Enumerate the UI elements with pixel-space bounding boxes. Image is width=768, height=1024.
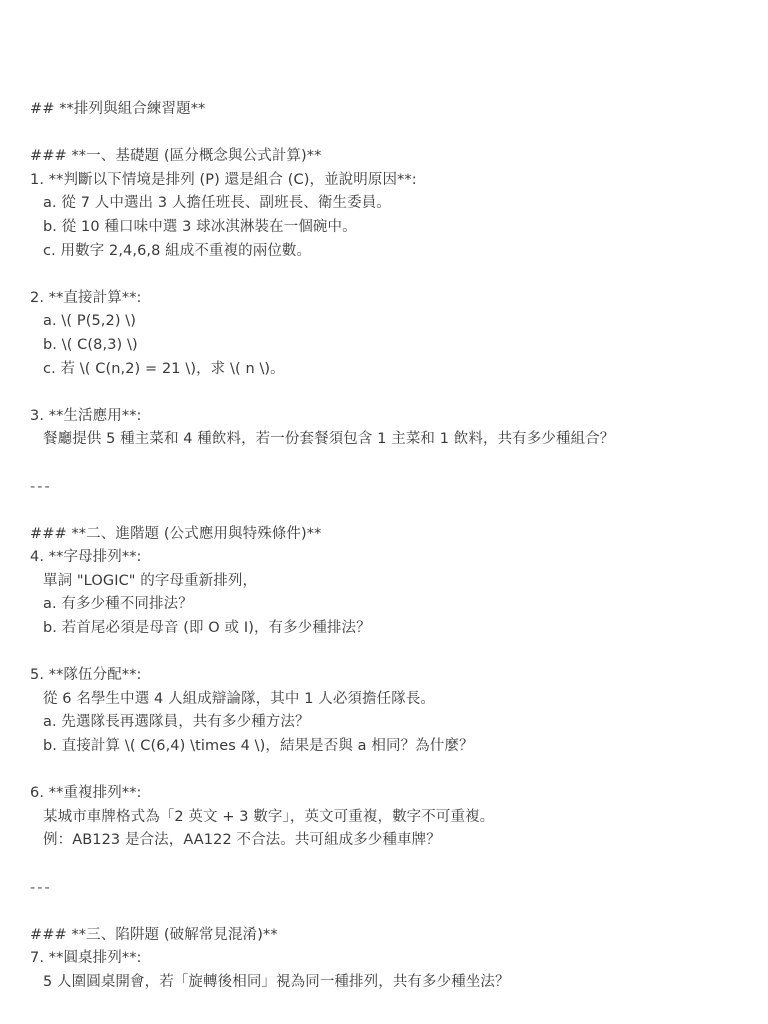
- section-heading-basic: ### **一、基礎題 (區分概念與公式計算)**: [30, 145, 750, 169]
- question-4-item-b: b. 若首尾必須是母音 (即 O 或 I)，有多少種排法？: [30, 617, 750, 641]
- question-6-example: 例：AB123 是合法，AA122 不合法。共可組成多少種車牌？: [30, 829, 750, 853]
- document-title: ## **排列與組合練習題**: [30, 98, 750, 122]
- question-2-item-a: a. \( P(5,2) \): [30, 310, 750, 334]
- question-6-title: 6. **重複排列**:: [30, 782, 750, 806]
- question-3-body: 餐廳提供 5 種主菜和 4 種飲料，若一份套餐須包含 1 主菜和 1 飲料，共有…: [30, 428, 750, 452]
- section-heading-trap: ### **三、陷阱題 (破解常見混淆)**: [30, 924, 750, 948]
- question-1-item-a: a. 從 7 人中選出 3 人擔任班長、副班長、衛生委員。: [30, 192, 750, 216]
- question-2-title: 2. **直接計算**:: [30, 287, 750, 311]
- question-1-item-c: c. 用數字 2,4,6,8 組成不重複的兩位數。: [30, 240, 750, 264]
- question-2-item-c: c. 若 \( C(n,2) = 21 \)，求 \( n \)。: [30, 358, 750, 382]
- question-1-title: 1. **判斷以下情境是排列 (P) 還是組合 (C)，並說明原因**:: [30, 169, 750, 193]
- question-2-item-b: b. \( C(8,3) \): [30, 334, 750, 358]
- question-7-title: 7. **圓桌排列**:: [30, 947, 750, 971]
- question-5-intro: 從 6 名學生中選 4 人組成辯論隊，其中 1 人必須擔任隊長。: [30, 688, 750, 712]
- question-6-intro: 某城市車牌格式為「2 英文 + 3 數字」，英文可重複，數字不可重複。: [30, 806, 750, 830]
- question-4-item-a: a. 有多少種不同排法？: [30, 593, 750, 617]
- question-7-body: 5 人圍圓桌開會，若「旋轉後相同」視為同一種排列，共有多少種坐法？: [30, 971, 750, 995]
- question-5-title: 5. **隊伍分配**:: [30, 664, 750, 688]
- question-4-title: 4. **字母排列**:: [30, 546, 750, 570]
- question-5-item-b: b. 直接計算 \( C(6,4) \times 4 \)，結果是否與 a 相同…: [30, 735, 750, 759]
- separator-2: ---: [30, 877, 750, 901]
- question-4-intro: 單詞 "LOGIC" 的字母重新排列，: [30, 570, 750, 594]
- question-3-title: 3. **生活應用**:: [30, 405, 750, 429]
- question-1-item-b: b. 從 10 種口味中選 3 球冰淇淋裝在一個碗中。: [30, 216, 750, 240]
- document-body: ## **排列與組合練習題** ### **一、基礎題 (區分概念與公式計算)*…: [30, 98, 750, 995]
- separator-1: ---: [30, 476, 750, 500]
- section-heading-advanced: ### **二、進階題 (公式應用與特殊條件)**: [30, 523, 750, 547]
- question-5-item-a: a. 先選隊長再選隊員，共有多少種方法？: [30, 711, 750, 735]
